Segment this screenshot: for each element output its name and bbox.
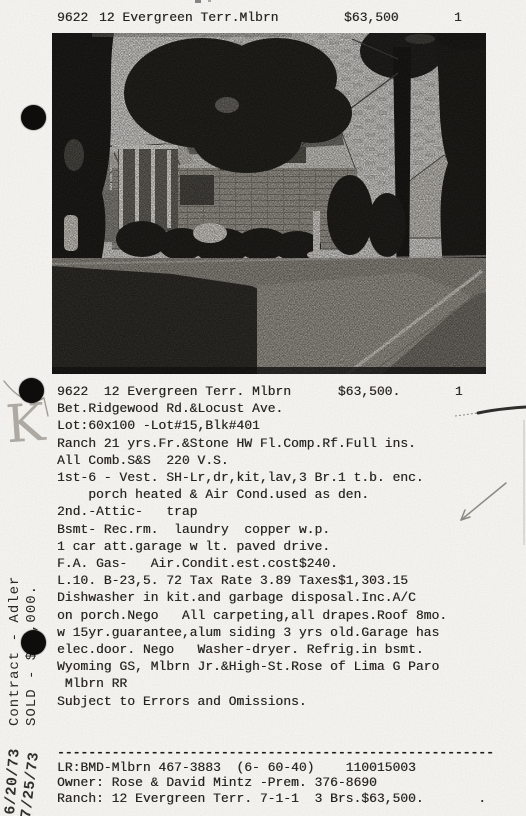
punch-hole-icon <box>19 378 44 403</box>
detail-line: Lot:60x100 -Lot#15,Blk#401 <box>57 417 463 434</box>
owner-line: Owner: Rose & David Mintz -Prem. 376-869… <box>57 775 494 790</box>
detail-line: Mlbrn RR <box>57 675 463 692</box>
listing-card-page: 9622 12 Evergreen Terr.Mlbrn $63,500 1 <box>0 0 526 816</box>
detail-line: F.A. Gas- Air.Condit.est.cost$240. <box>57 555 463 572</box>
summary-line: Ranch: 12 Evergreen Terr. 7-1-1 3 Brs.$6… <box>57 791 494 806</box>
detail-line: 2nd.-Attic- trap <box>57 503 463 520</box>
punch-hole-icon <box>21 630 46 655</box>
detail-line: L.10. B-23,5. 72 Tax Rate 3.89 Taxes$1,3… <box>57 572 463 589</box>
detail-line: All Comb.S&S 220 V.S. <box>57 452 463 469</box>
detail-line: elec.door. Nego Washer-dryer. Refrig.in … <box>57 641 463 658</box>
detail-line: on porch.Nego All carpeting,all drapes.R… <box>57 607 463 624</box>
house-photo <box>52 33 486 374</box>
margin-contract-note: Contract - Adler <box>7 576 23 726</box>
price: $63,500 <box>344 9 399 26</box>
detail-line: 1st-6 - Vest. SH-Lr,dr,kit,lav,3 Br.1 t.… <box>57 469 463 486</box>
detail-line: 1 car att.garage w lt. paved drive. <box>57 538 463 555</box>
pencil-dash-mark <box>455 407 526 416</box>
detail-line: Ranch 21 yrs.Fr.&Stone HW Fl.Comp.Rf.Ful… <box>57 435 463 452</box>
margin-sold-note: SOLD - $57,000. <box>24 585 40 726</box>
detail-line: Dishwasher in kit.and garbage disposal.I… <box>57 589 463 606</box>
detail-line: Bet.Ridgewood Rd.&Locust Ave. <box>57 400 463 417</box>
detail-line: Subject to Errors and Omissions. <box>57 693 463 710</box>
address: 12 Evergreen Terr.Mlbrn <box>99 9 278 26</box>
punch-hole-icon <box>21 105 46 130</box>
handwritten-k-mark: K <box>4 397 46 452</box>
divider-dashes: ----------------------------------------… <box>57 745 494 760</box>
detail-line: porch heated & Air Cond.used as den. <box>57 486 463 503</box>
pencil-arrow-icon <box>461 483 506 520</box>
detail-line: w 15yr.guarantee,alum siding 3 yrs old.G… <box>57 624 463 641</box>
detail-line: 9622 12 Evergreen Terr. Mlbrn $63,500. 1 <box>57 383 463 400</box>
card-footer: ----------------------------------------… <box>57 745 494 806</box>
page-number: 1 <box>454 9 462 26</box>
listing-details: 9622 12 Evergreen Terr. Mlbrn $63,500. 1… <box>57 383 463 710</box>
broker-line: LR:BMD-Mlbrn 467-3883 (6- 60-40) 1100150… <box>57 760 494 775</box>
detail-line: Wyoming GS, Mlbrn Jr.&High-St.Rose of Li… <box>57 658 463 675</box>
listing-number: 9622 <box>57 9 88 26</box>
detail-line: Bsmt- Rec.rm. laundry copper w.p. <box>57 521 463 538</box>
